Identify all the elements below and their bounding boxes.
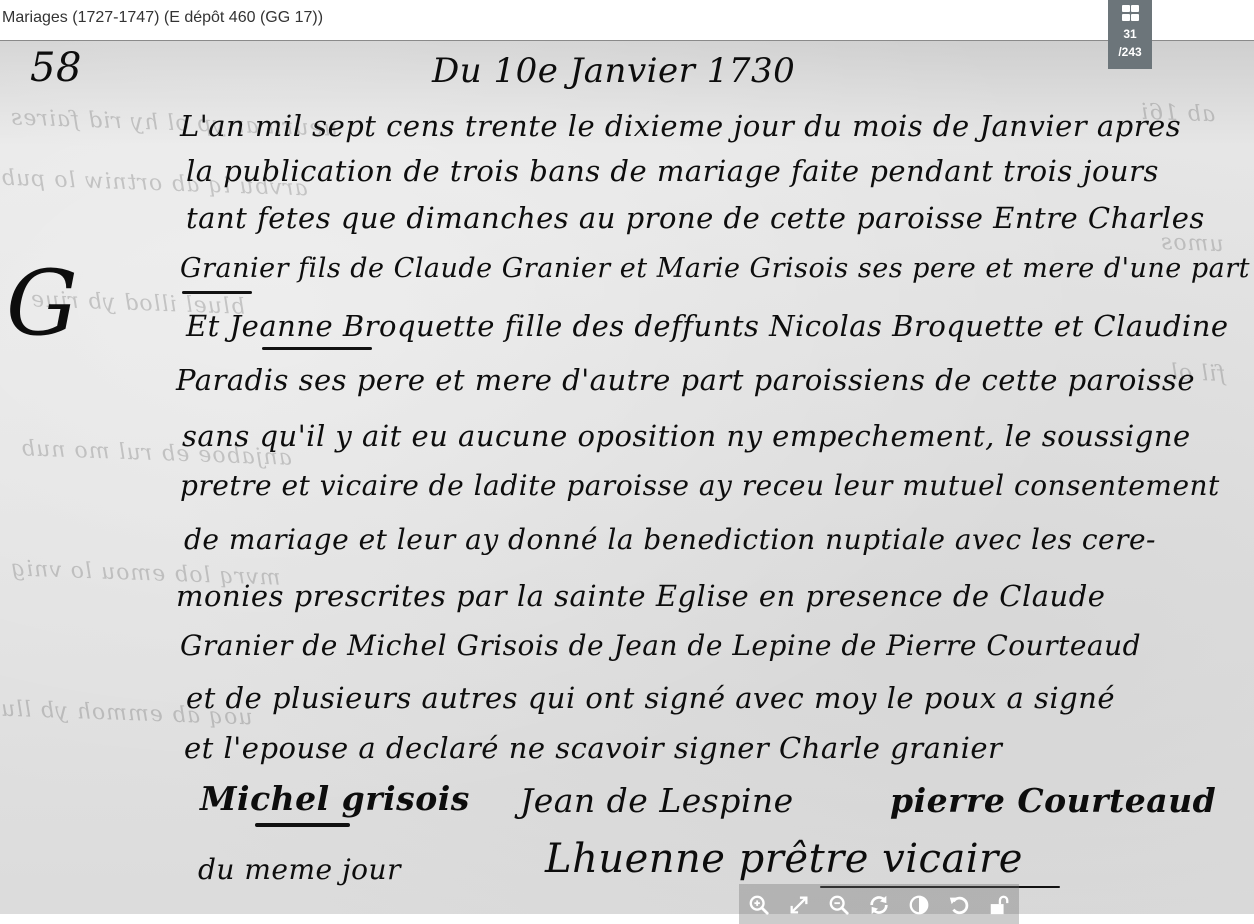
signature-michel-grisois: Michel grisois xyxy=(200,779,470,818)
page-navigator-button[interactable]: 31 /243 xyxy=(1108,0,1152,69)
image-toolbar xyxy=(739,884,1019,913)
signature-priest: Lhuenne prêtre vicaire xyxy=(545,836,1023,882)
signature-jean-de-lespine: Jean de Lespine xyxy=(520,781,794,820)
zoom-out-button[interactable] xyxy=(828,894,850,913)
signature-flourish xyxy=(255,823,350,827)
unlock-icon xyxy=(988,894,1010,913)
margin-folio-number: 58 xyxy=(30,45,82,91)
zoom-out-icon xyxy=(828,894,850,913)
text-line: L'an mil sept cens trente le dixieme jou… xyxy=(180,109,1181,143)
contrast-button[interactable] xyxy=(908,894,930,913)
text-line: la publication de trois bans de mariage … xyxy=(186,154,1159,188)
text-line: de mariage et leur ay donné la benedicti… xyxy=(184,523,1156,556)
document-title: Mariages (1727-1747) (E dépôt 460 (GG 17… xyxy=(2,9,323,27)
signature-pierre-courteaud: pierre Courteaud xyxy=(890,781,1216,820)
text-line: Et Jeanne Broquette fille des deffunts N… xyxy=(186,309,1229,343)
viewer-header: Mariages (1727-1747) (E dépôt 460 (GG 17… xyxy=(0,0,1254,40)
text-line: et de plusieurs autres qui ont signé ave… xyxy=(186,681,1115,715)
text-line: sans qu'il y ait eu aucune oposition ny … xyxy=(182,419,1191,453)
text-line: et l'epouse a declaré ne scavoir signer … xyxy=(184,731,1002,765)
zoom-in-button[interactable] xyxy=(748,894,770,913)
current-page-number: 31 xyxy=(1108,27,1152,41)
rotate-button[interactable] xyxy=(948,894,970,913)
reset-view-button[interactable] xyxy=(868,894,890,913)
lock-button[interactable] xyxy=(988,894,1010,913)
entry-heading: Du 10e Janvier 1730 xyxy=(432,51,795,91)
name-underline xyxy=(182,291,252,294)
grid-icon xyxy=(1122,5,1139,21)
text-line: monies prescrites par la sainte Eglise e… xyxy=(176,579,1105,613)
refresh-icon xyxy=(868,894,890,913)
text-line: Granier fils de Claude Granier et Marie … xyxy=(180,253,1250,284)
zoom-in-icon xyxy=(748,894,770,913)
name-underline xyxy=(262,347,372,350)
total-pages: /243 xyxy=(1108,45,1152,59)
rotate-left-icon xyxy=(948,894,970,913)
expand-icon xyxy=(788,894,810,913)
text-line: Paradis ses pere et mere d'autre part pa… xyxy=(176,363,1195,397)
text-line: Granier de Michel Grisois de Jean de Lep… xyxy=(180,629,1141,662)
fullscreen-button[interactable] xyxy=(788,894,810,913)
contrast-icon xyxy=(908,894,930,913)
text-line: pretre et vicaire de ladite paroisse ay … xyxy=(180,469,1220,502)
margin-initial: G xyxy=(6,251,78,356)
next-entry-heading: du meme jour xyxy=(198,853,401,886)
document-image-viewer[interactable]: ueurn ar yp ol hy rid faires arvbu iq ab… xyxy=(0,40,1254,913)
text-line: tant fetes que dimanches au prone de cet… xyxy=(186,201,1205,235)
